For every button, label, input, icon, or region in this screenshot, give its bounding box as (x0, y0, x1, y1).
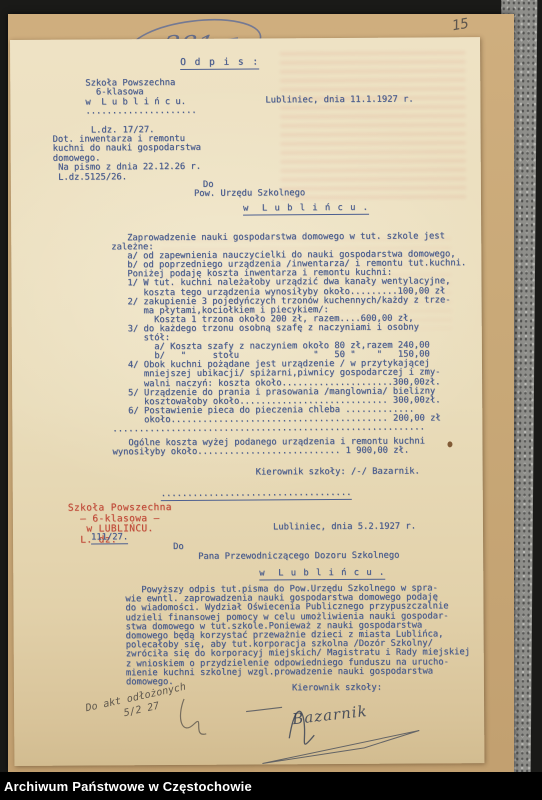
totals-block: Ogólne koszta wyżej podanego urządzenia … (112, 437, 425, 458)
sender-block: Szkoła Powszechna 6-klasowa w L u b l i … (85, 79, 197, 136)
document-scan: 281 15 O d p i s : Szkoła Powszechna 6-k… (0, 0, 542, 800)
section-separator: .................................... (161, 488, 352, 501)
signature-line-typed: Kierownik szkoły: /-/ Bazarnik. (256, 467, 420, 478)
ink-stain (447, 441, 452, 447)
ink-bleed-through (280, 51, 466, 204)
letter-body: Powyższy odpis tut.pisma do Pow.Urzędu S… (125, 584, 470, 687)
page-number-pencil: 15 (451, 19, 469, 32)
copy-heading: O d p i s : (180, 57, 259, 69)
addressee-place: w L u b l i ń c u . (259, 568, 385, 581)
dateline: Lubliniec, dnia 5.2.1927 r. (273, 522, 416, 533)
dateline: Lubliniec, dnia 11.1.1927 r. (265, 95, 413, 106)
margin-note-scribble (164, 694, 224, 744)
subject-block: Dot. inwentarza i remontu kuchni do nauk… (53, 135, 202, 183)
archive-caption-bar: Archiwum Państwowe w Częstochowie (0, 772, 542, 800)
addressee-name: Pow. Urzędu Szkolnego (194, 188, 305, 199)
document-page: O d p i s : Szkoła Powszechna 6-klasowa … (10, 37, 484, 766)
addressee-place: w L u b l i ń c u . (243, 203, 369, 216)
stamp-reference-number: 111/27. (91, 532, 128, 544)
addressee-name: Pana Przewodniczącego Dozoru Szkolnego (198, 551, 399, 562)
addressee-to: Do (173, 542, 184, 552)
signature-label: Kierownik szkoły: (292, 683, 382, 694)
signature-flourish (244, 692, 444, 773)
letter-body: Zaprowadzenie nauki gospodarstwa domoweg… (111, 232, 467, 434)
archive-name: Archiwum Państwowe w Częstochowie (4, 779, 252, 794)
